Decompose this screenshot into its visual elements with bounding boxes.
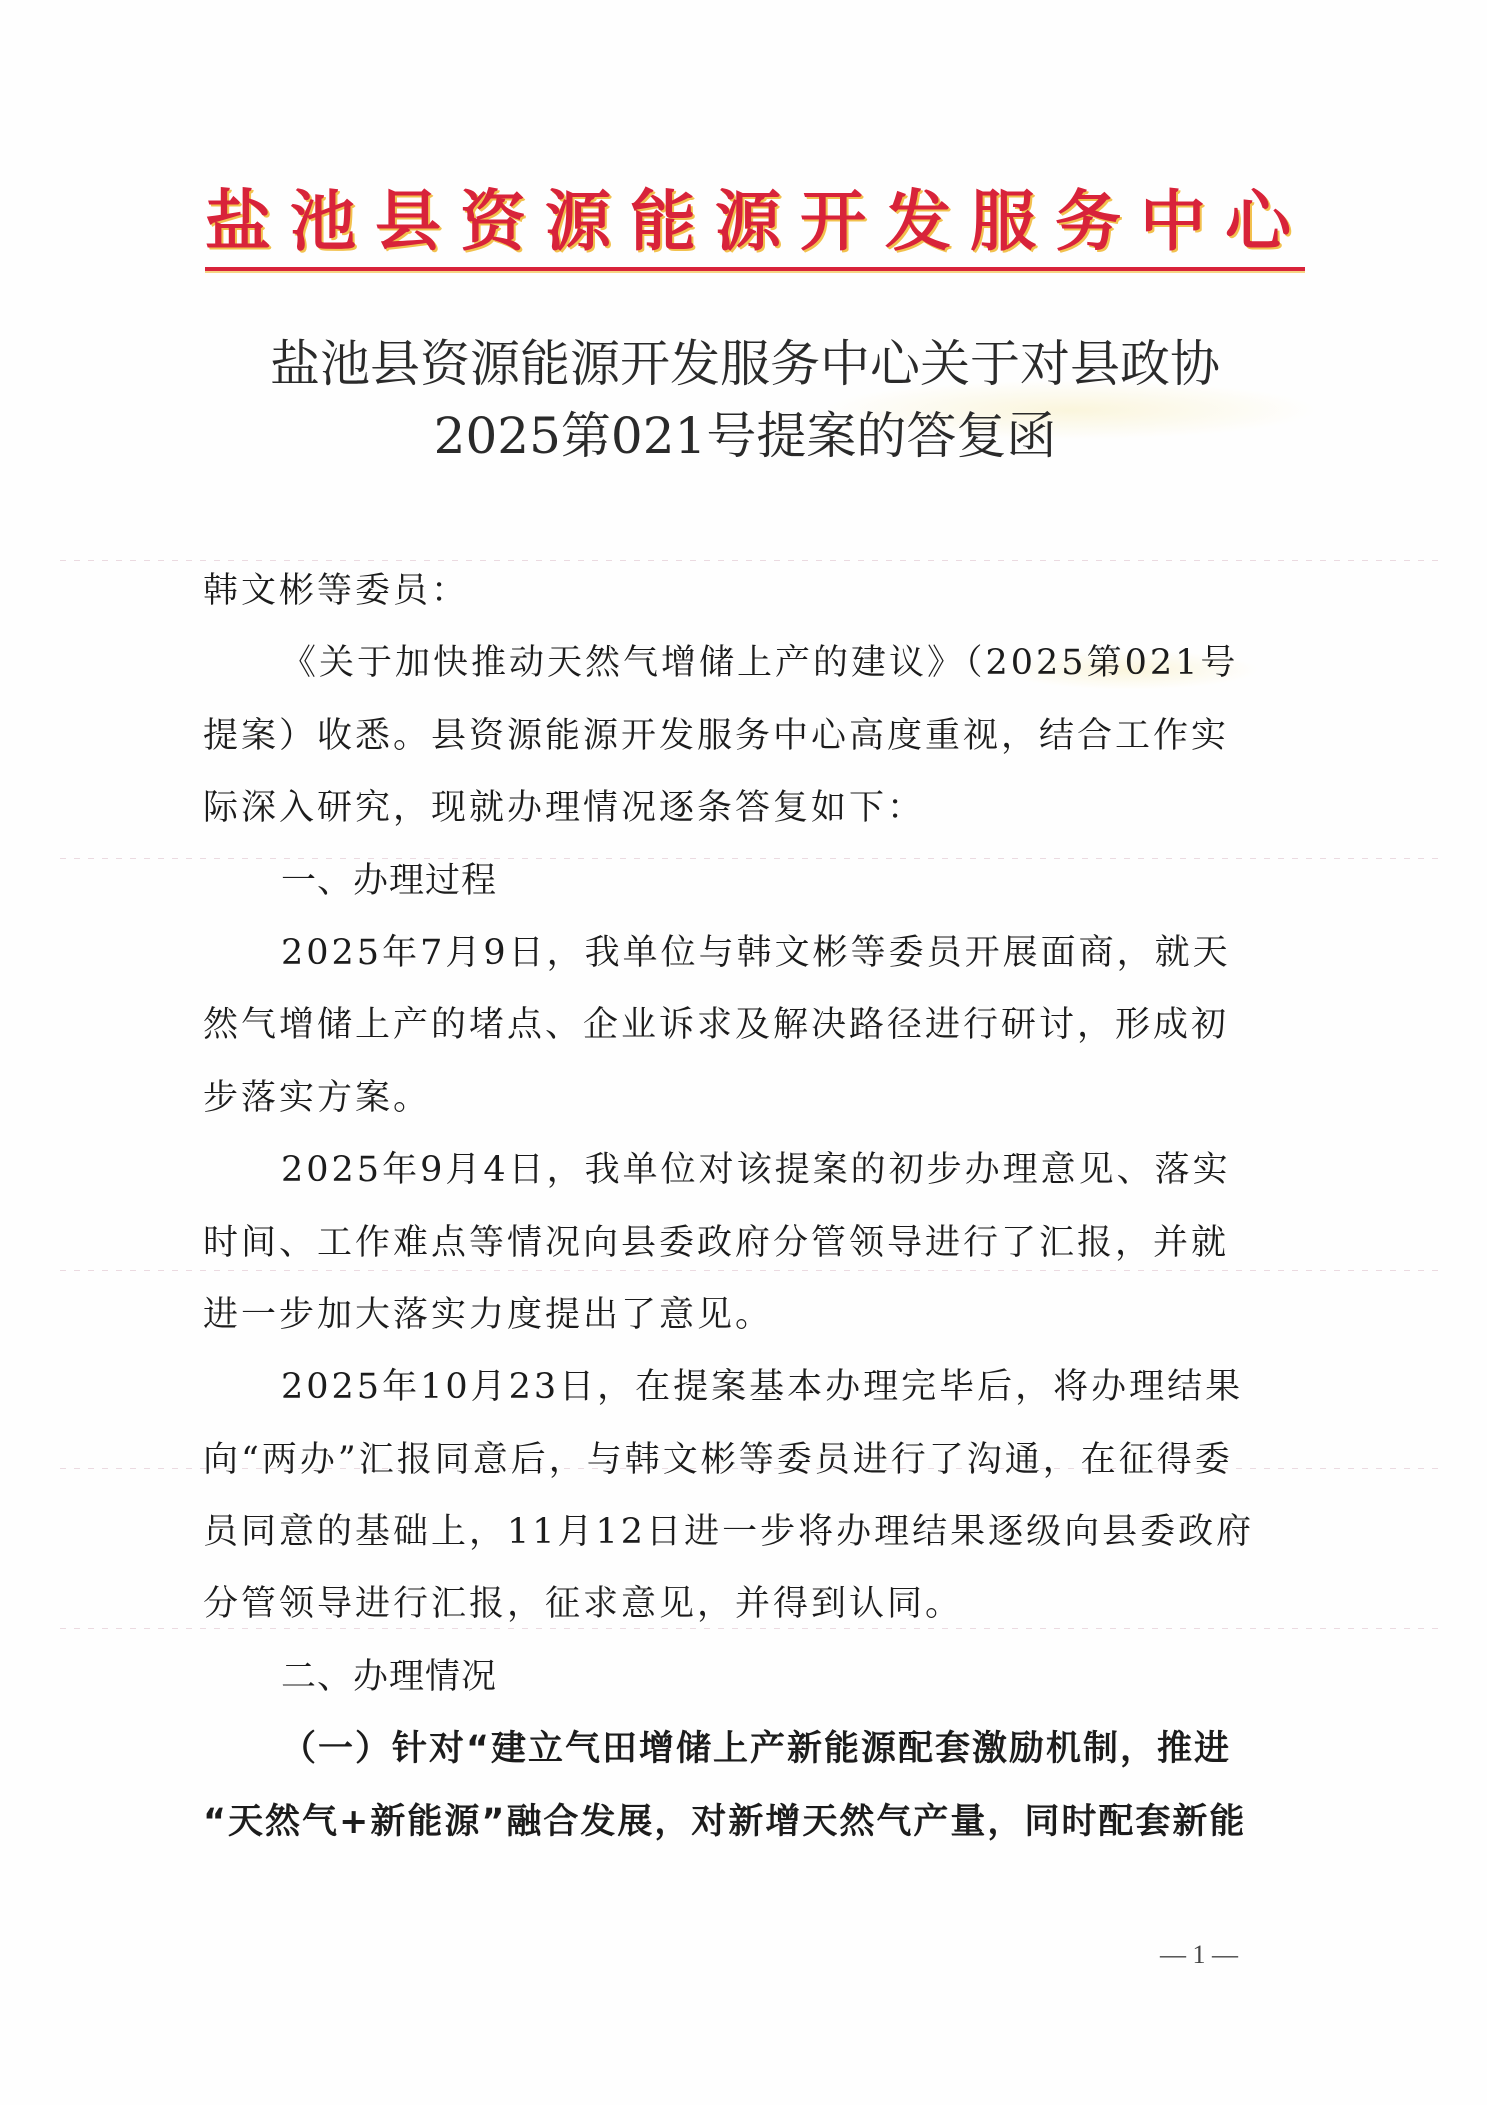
body-line: 2025年10月23日，在提案基本办理完毕后，将办理结果 <box>203 1351 1283 1423</box>
body-line: 2025年9月4日，我单位对该提案的初步办理意见、落实 <box>203 1134 1283 1206</box>
body-line: 员同意的基础上，11月12日进一步将办理结果逐级向县委政府 <box>203 1496 1283 1568</box>
page-number: — 1 — <box>1160 1940 1238 1970</box>
title-line: 2025第021号提案的答复函 <box>150 400 1340 472</box>
body-line: 然气增储上产的堵点、企业诉求及解决路径进行研讨，形成初 <box>203 989 1283 1061</box>
title-line: 盐池县资源能源开发服务中心关于对县政协 <box>150 328 1340 400</box>
document-title: 盐池县资源能源开发服务中心关于对县政协 2025第021号提案的答复函 <box>150 328 1340 472</box>
body-line: 向“两办”汇报同意后，与韩文彬等委员进行了沟通，在征得委 <box>203 1424 1283 1496</box>
document-page: 盐池县资源能源开发服务中心 盐池县资源能源开发服务中心关于对县政协 2025第0… <box>0 0 1487 2105</box>
section-heading-process: 一、办理过程 <box>203 845 1283 917</box>
body-line: 提案）收悉。县资源能源开发服务中心高度重视，结合工作实 <box>203 700 1283 772</box>
salutation: 韩文彬等委员： <box>203 555 1283 627</box>
letterhead-red-rule <box>205 267 1305 271</box>
body-line: 进一步加大落实力度提出了意见。 <box>203 1279 1283 1351</box>
document-body: 韩文彬等委员： 《关于加快推动天然气增储上产的建议》（2025第021号 提案）… <box>203 555 1283 1858</box>
body-line: 时间、工作难点等情况向县委政府分管领导进行了汇报，并就 <box>203 1207 1283 1279</box>
body-line: 分管领导进行汇报，征求意见，并得到认同。 <box>203 1568 1283 1640</box>
body-line: 际深入研究，现就办理情况逐条答复如下： <box>203 772 1283 844</box>
section-heading-status: 二、办理情况 <box>203 1641 1283 1713</box>
body-line: 《关于加快推动天然气增储上产的建议》（2025第021号 <box>203 627 1283 699</box>
letterhead-title: 盐池县资源能源开发服务中心 <box>205 168 1285 263</box>
subsection-line: （一）针对“建立气田增储上产新能源配套激励机制，推进 <box>203 1713 1283 1785</box>
subsection-line: “天然气+新能源”融合发展，对新增天然气产量，同时配套新能 <box>203 1786 1283 1858</box>
body-line: 步落实方案。 <box>203 1062 1283 1134</box>
body-line: 2025年7月9日，我单位与韩文彬等委员开展面商，就天 <box>203 917 1283 989</box>
